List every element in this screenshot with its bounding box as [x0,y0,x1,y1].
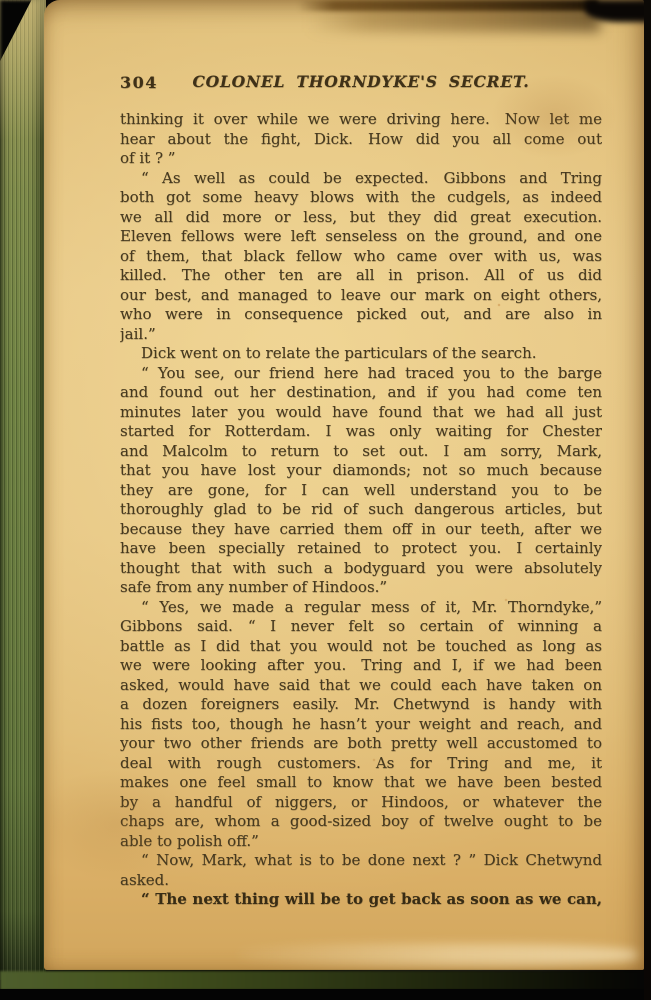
text-line: thought that with such a bodyguard you w… [120,559,602,579]
scan-smear-top-soft [308,4,600,32]
paragraph: “ You see, our friend here had traced yo… [120,364,602,598]
text-line: your two other friends are both pretty w… [120,734,602,754]
text-line: who were in consequence picked out, and … [120,305,602,325]
page-number: 304 [120,73,158,92]
paragraph: Dick went on to relate the particulars o… [120,344,602,364]
text-line: “ The next thing will be to get back as … [120,890,602,910]
text-line: and found out her destination, and if yo… [120,383,602,403]
book-fore-edge [0,0,46,980]
scanned-book-photo: 304 COLONEL THORNDYKE'S SECRET. thinking… [0,0,651,1000]
page-header: 304 COLONEL THORNDYKE'S SECRET. [120,72,602,94]
text-line: of it ? ” [120,149,602,169]
paragraph: “ The next thing will be to get back as … [120,890,602,910]
text-line: a dozen foreigners easily. Mr. Chetwynd … [120,695,602,715]
text-line: “ You see, our friend here had traced yo… [120,364,602,384]
text-line: hear about the fight, Dick. How did you … [120,130,602,150]
text-line: Dick went on to relate the particulars o… [120,344,602,364]
paragraph: “ Yes, we made a regular mess of it, Mr.… [120,598,602,852]
text-line: started for Rotterdam. I was only waitin… [120,422,602,442]
text-line: able to polish off.” [120,832,602,852]
book-cover-bottom-edge [0,971,651,990]
text-line: Eleven fellows were left senseless on th… [120,227,602,247]
text-line: that you have lost your diamonds; not so… [120,461,602,481]
text-line: minutes later you would have found that … [120,403,602,423]
text-line: jail.” [120,325,602,345]
text-line: by a handful of niggers, or Hindoos, or … [120,793,602,813]
text-line: his fists too, though he hasn’t your wei… [120,715,602,735]
text-line: battle as I did that you would not be to… [120,637,602,657]
paragraph: thinking it over while we were driving h… [120,110,602,169]
scan-shadow-right [644,0,651,1000]
running-title: COLONEL THORNDYKE'S SECRET. [120,72,602,91]
text-line: have been specially retained to protect … [120,539,602,559]
text-line: thinking it over while we were driving h… [120,110,602,130]
text-line: makes one feel small to know that we hav… [120,773,602,793]
text-line: Gibbons said. “ I never felt so certain … [120,617,602,637]
text-line: chaps are, whom a good-sized boy of twel… [120,812,602,832]
text-line: they are gone, for I can well understand… [120,481,602,501]
text-line: asked, would have said that we could eac… [120,676,602,696]
text-line: we were looking after you. Tring and I, … [120,656,602,676]
text-line: deal with rough customers. As for Tring … [120,754,602,774]
scan-background-bottom [0,989,651,1000]
text-line: and Malcolm to return to set out. I am s… [120,442,602,462]
text-line: “ Yes, we made a regular mess of it, Mr.… [120,598,602,618]
text-line: “ As well as could be expected. Gibbons … [120,169,602,189]
paragraph: “ As well as could be expected. Gibbons … [120,169,602,345]
text-line: “ Now, Mark, what is to be done next ? ”… [120,851,602,871]
text-line: thoroughly glad to be rid of such danger… [120,500,602,520]
page-body-text: thinking it over while we were driving h… [120,110,602,910]
text-line: safe from any number of Hindoos.” [120,578,602,598]
text-line: we all did more or less, but they did gr… [120,208,602,228]
text-line: our best, and managed to leave our mark … [120,286,602,306]
text-line: both got some heavy blows with the cudge… [120,188,602,208]
page-content: 304 COLONEL THORNDYKE'S SECRET. thinking… [120,72,602,910]
scan-light-streak-bottom [238,944,637,966]
book-page: 304 COLONEL THORNDYKE'S SECRET. thinking… [44,0,644,970]
paragraph: “ Now, Mark, what is to be done next ? ”… [120,851,602,890]
text-line: of them, that black fellow who came over… [120,247,602,267]
text-line: because they have carried them off in ou… [120,520,602,540]
text-line: killed. The other ten are all in prison.… [120,266,602,286]
text-line: asked. [120,871,602,891]
